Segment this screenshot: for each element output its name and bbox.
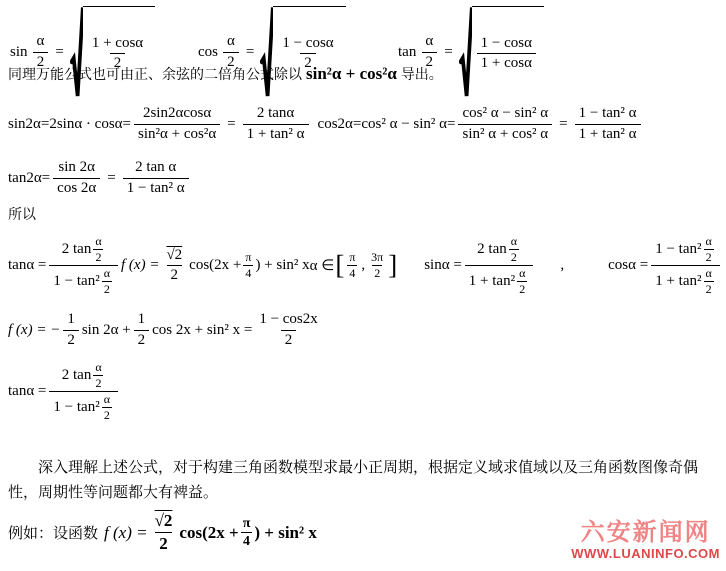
math-text: 2 [102, 281, 112, 297]
radicand: 1 − cosα 1 + cosα [472, 6, 544, 99]
math-text: 1 + tan² [655, 272, 701, 292]
math-text: 2 [102, 407, 112, 423]
math-text: 1 − cosα [477, 34, 536, 54]
math-text: f (x) = [121, 257, 159, 274]
formula-fx-cos: f (x) = √2 2 cos(2x + π 4 ) + sin² x [121, 246, 310, 286]
math-text: √2 [162, 246, 186, 266]
math-text: = [559, 116, 567, 133]
math-text: = [444, 44, 452, 61]
fraction: α 2 [517, 266, 527, 297]
math-text: 2 tan α [131, 158, 180, 178]
formula-tan-half-angle: tan α 2 = 1 − cosα 1 + cosα [398, 6, 544, 99]
math-text: cosα = [608, 257, 648, 274]
math-text: cos(2x + [189, 257, 241, 274]
math-text: cos2α=cos² α − sin² α= [318, 116, 456, 133]
math-text: α [509, 234, 519, 249]
site-watermark: 六安新闻网 WWW.LUANINFO.COM [571, 520, 720, 561]
math-text: cos(2x + [179, 523, 238, 543]
math-text: 4 [243, 265, 253, 281]
math-text: 3π [369, 250, 385, 265]
explanation-paragraph: 深入理解上述公式，对于构建三角函数模型求最小正周期，根据定义域求值域以及三角函数… [8, 455, 720, 505]
inline-math: sin²α + cos²α [306, 64, 397, 84]
math-text: f (x) = − [8, 322, 60, 339]
radical: 1 + cosα 2 [70, 6, 155, 99]
math-text: ) + sin² x [254, 523, 317, 543]
radicand: 1 + cosα 2 [83, 6, 155, 99]
fraction: 1 − tan² α 2 1 + tan² α 2 [651, 234, 720, 297]
radicand: 1 − cosα 2 [273, 6, 345, 99]
math-text: 1 [63, 310, 79, 330]
derivation-sentence: 同理万能公式也可由正、余弦的二倍角公式除以 sin²α + cos²α 导出。 [8, 64, 443, 84]
math-text: α [704, 266, 714, 281]
math-text: α [93, 234, 103, 249]
math-text: α [517, 266, 527, 281]
math-text: = [246, 44, 254, 61]
fraction: 1 − tan² α 1 + tan² α [575, 104, 641, 144]
formula-cos-2a: cos2α=cos² α − sin² α= cos² α − sin² α s… [318, 104, 644, 144]
math-text: cos [198, 44, 218, 61]
separator-comma: , [560, 257, 564, 274]
math-text: 2 [134, 330, 150, 351]
math-text: 1 − tan² α 2 [651, 234, 720, 265]
math-text: 1 − tan² [655, 240, 701, 260]
math-text: 1 + tan² α 2 [465, 265, 534, 297]
math-text: 2 [509, 249, 519, 265]
fraction: 2 tan α 2 1 − tan² α 2 [49, 360, 118, 423]
math-text: 1 + tan² α [575, 124, 641, 145]
fraction: 1 − cosα 1 + cosα [477, 34, 536, 74]
formula-sin-2a: sin2α=2sinα · cosα= 2sin2αcosα sin²α + c… [8, 104, 312, 144]
fraction: √2 2 [151, 510, 177, 555]
math-text: 2 [372, 265, 382, 281]
radical: 1 − cosα 2 [260, 6, 345, 99]
fraction: α 2 [93, 360, 103, 391]
math-text: ) + sin² x [255, 257, 309, 274]
universal-formula-row: tanα = 2 tan α 2 1 − tan² α 2 [8, 234, 726, 297]
math-text: 1 + cosα [88, 34, 147, 54]
radical-sign-icon [70, 6, 83, 99]
math-text: 2 tanα [253, 104, 298, 124]
math-text: 2 tan [62, 366, 92, 386]
fraction: π 4 [347, 250, 357, 281]
fraction: α 2 [704, 234, 714, 265]
fraction: 2 tan α 1 − tan² α [123, 158, 189, 198]
math-text: 4 [241, 532, 252, 551]
math-text: α [421, 32, 437, 52]
fraction: 1 2 [63, 310, 79, 350]
example-line: 例如：设函数 f (x) = √2 2 cos(2x + π 4 ) + sin… [8, 510, 317, 555]
math-text: 2 tan α 2 [473, 234, 525, 265]
sentence-text: 导出。 [401, 64, 443, 84]
fraction: 1 2 [134, 310, 150, 350]
left-bracket: [ [335, 252, 344, 279]
math-text: 2 [281, 330, 297, 351]
fraction: 2 tan α 2 1 − tan² α 2 [49, 234, 118, 297]
math-text: 2 tan α 2 [58, 360, 110, 391]
fraction: 1 − cos2x 2 [255, 310, 321, 350]
math-text: 1 [134, 310, 150, 330]
math-text: sinα = [424, 257, 462, 274]
math-text: 2 [63, 330, 79, 351]
math-text: sin 2α + [82, 322, 131, 339]
formula-example-fx: f (x) = √2 2 cos(2x + π 4 ) + sin² x [104, 510, 317, 555]
formula-cos-half-angle: cos α 2 = 1 − cosα 2 [198, 6, 346, 99]
fraction: 2 tan α 2 1 + tan² α 2 [465, 234, 534, 297]
fraction: 2sin2αcosα sin²α + cos²α [134, 104, 220, 144]
math-text: 2 [167, 265, 183, 286]
document-page: sin α 2 = 1 + cosα 2 cos α 2 = [0, 0, 726, 571]
math-text: 2 tan α 2 [58, 234, 110, 265]
fraction: α 2 [102, 392, 112, 423]
math-text: π [241, 515, 253, 533]
math-text: π [243, 250, 253, 265]
fraction: α 2 [509, 234, 519, 265]
math-text: sin 2α [54, 158, 99, 178]
formula-tan-alpha-repeat: tanα = 2 tan α 2 1 − tan² α 2 [8, 360, 121, 423]
math-text: sin2α=2sinα · cosα= [8, 116, 131, 133]
math-text: 2 [93, 249, 103, 265]
formula-tan-2a: tan2α= sin 2α cos 2α = 2 tan α 1 − tan² … [8, 158, 192, 198]
domain-interval: α ∈ [ π 4 , 3π 2 ] [310, 250, 399, 281]
math-text: cos 2x + sin² x = [152, 322, 252, 339]
math-text: 4 [347, 265, 357, 281]
math-text: 2 [704, 249, 714, 265]
fraction: cos² α − sin² α sin² α + cos² α [458, 104, 552, 144]
math-text: sin [10, 44, 28, 61]
watermark-site-name: 六安新闻网 [571, 520, 720, 546]
fraction: 3π 2 [369, 250, 385, 281]
math-text: sin² α + cos² α [458, 124, 552, 145]
fraction: α 2 [704, 266, 714, 297]
math-text: 1 + tan² [469, 272, 515, 292]
formula-sin-half-angle: sin α 2 = 1 + cosα 2 [10, 6, 155, 99]
math-text: cos² α − sin² α [458, 104, 552, 124]
therefore-label: 所以 [8, 204, 36, 224]
formula-tan-alpha: tanα = 2 tan α 2 1 − tan² α 2 [8, 234, 121, 297]
math-text: 1 − tan² [53, 398, 99, 418]
watermark-site-url: WWW.LUANINFO.COM [571, 546, 720, 561]
formula-fx-expansion: f (x) = − 1 2 sin 2α + 1 2 cos 2x + sin²… [8, 310, 325, 350]
math-text: 2 [155, 532, 172, 555]
math-text: 1 − tan² α 2 [49, 391, 118, 423]
math-text: 2sin2αcosα [139, 104, 215, 124]
math-text: 1 − tan² α [575, 104, 641, 124]
math-text: = [55, 44, 63, 61]
fraction: π 4 [241, 515, 253, 551]
math-text: cos 2α [53, 178, 100, 199]
sentence-text: 同理万能公式也可由正、余弦的二倍角公式除以 [8, 64, 302, 84]
radical-sign-icon [459, 6, 472, 99]
math-text: α [223, 32, 239, 52]
example-label: 例如：设函数 [8, 522, 98, 543]
math-text: α [33, 32, 49, 52]
math-text: = [107, 170, 115, 187]
math-text: 1 − cos2x [255, 310, 321, 330]
fraction: α 2 [93, 234, 103, 265]
fraction: π 4 [243, 250, 253, 281]
math-text: 1 + cosα [477, 53, 536, 74]
math-text: √2 [151, 510, 177, 532]
sentence-text: 所以 [8, 204, 36, 224]
radical-sign-icon [260, 6, 273, 99]
right-bracket: ] [388, 252, 397, 279]
math-text: tan [398, 44, 416, 61]
math-text: α [102, 392, 112, 407]
math-text: 1 − tan² α [123, 178, 189, 199]
math-text: 2 [704, 281, 714, 297]
math-text: , [361, 257, 365, 274]
math-text: 2 tan [62, 240, 92, 260]
math-text: tanα = [8, 383, 46, 400]
math-text: 1 − tan² α 2 [49, 265, 118, 297]
math-text: 1 + tan² α 2 [651, 265, 720, 297]
fraction: 2 tanα 1 + tan² α [243, 104, 309, 144]
math-text: sin²α + cos²α [134, 124, 220, 145]
formula-sin-alpha: sinα = 2 tan α 2 1 + tan² α 2 [424, 234, 536, 297]
fraction: sin 2α cos 2α [53, 158, 100, 198]
math-text: 1 − tan² [53, 272, 99, 292]
math-text: α [102, 266, 112, 281]
fraction: α 2 [102, 266, 112, 297]
math-text: 2 tan [477, 240, 507, 260]
math-text: f (x) = [104, 523, 148, 543]
math-text: 1 + tan² α [243, 124, 309, 145]
math-text: 2 [517, 281, 527, 297]
math-text: 2 [93, 375, 103, 391]
math-text: α [704, 234, 714, 249]
math-text: 1 − cosα [278, 34, 337, 54]
fraction: √2 2 [162, 246, 186, 286]
formula-cos-alpha: cosα = 1 − tan² α 2 1 + tan² α 2 [608, 234, 723, 297]
formula-double-angle-row: sin2α=2sinα · cosα= 2sin2αcosα sin²α + c… [8, 104, 644, 144]
math-text: π [347, 250, 357, 265]
math-text: α [93, 360, 103, 375]
math-text: tanα = [8, 257, 46, 274]
math-text: α ∈ [310, 256, 335, 275]
math-text: tan2α= [8, 170, 50, 187]
radical: 1 − cosα 1 + cosα [459, 6, 544, 99]
math-text: = [227, 116, 235, 133]
